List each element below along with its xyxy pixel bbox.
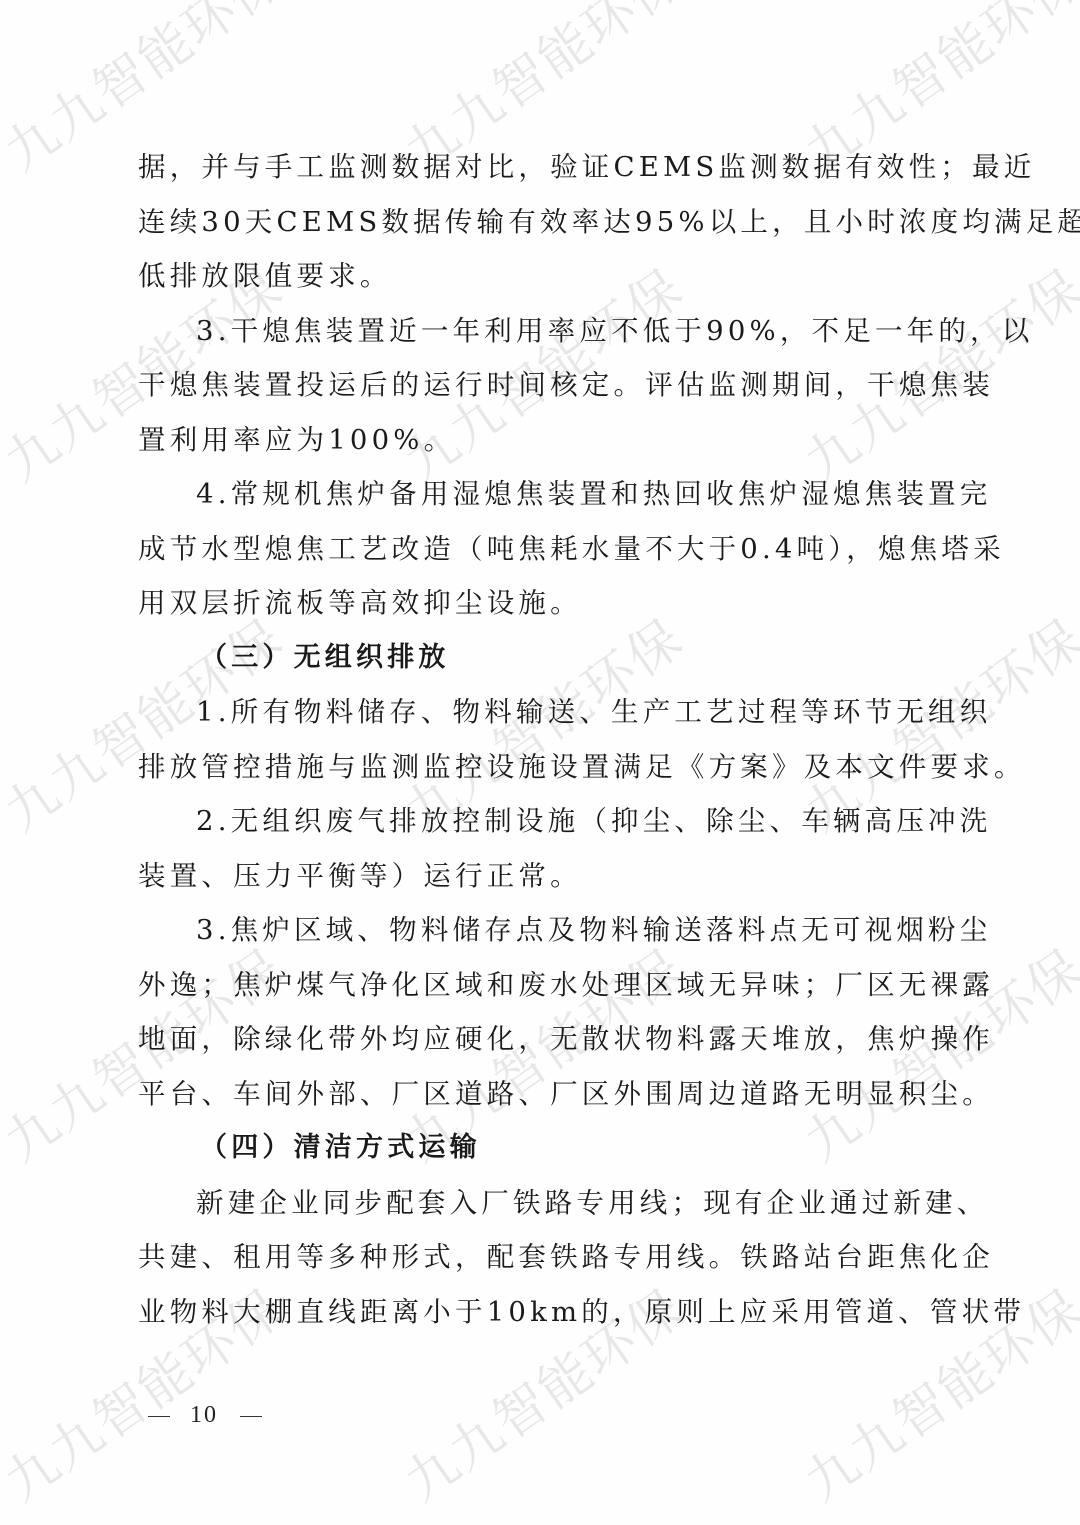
text-line: 置利用率应为100%。 (138, 413, 928, 468)
text-line: 据，并与手工监测数据对比，验证CEMS监测数据有效性；最近 (138, 140, 928, 195)
item-4-start: 4.常规机焦炉备用湿熄焦装置和热回收焦炉湿熄焦装置完 (138, 467, 928, 522)
text-line: 排放管控措施与监测监控设施设置满足《方案》及本文件要求。 (138, 740, 928, 795)
section-heading-3: （三）无组织排放 (138, 631, 928, 686)
page-number: 10 (148, 1402, 262, 1429)
section-heading-4: （四）清洁方式运输 (138, 1121, 928, 1176)
document-body: 据，并与手工监测数据对比，验证CEMS监测数据有效性；最近 连续30天CEMS数… (138, 140, 928, 1339)
page-number-value: 10 (190, 1402, 218, 1428)
item-2-start: 2.无组织废气排放控制设施（抑尘、除尘、车辆高压冲洗 (138, 794, 928, 849)
text-line: 干熄焦装置投运后的运行时间核定。评估监测期间，干熄焦装 (138, 358, 928, 413)
text-line: 业物料大棚直线距离小于10km的，原则上应采用管道、管状带 (138, 1285, 928, 1340)
document-page: 九九智能环保九九智能环保九九智能环保九九智能环保九九智能环保九九智能环保九九智能… (0, 0, 1080, 1525)
text-line: 连续30天CEMS数据传输有效率达95%以上，且小时浓度均满足超 (138, 195, 928, 250)
text-line: 外逸；焦炉煤气净化区域和废水处理区域无异味；厂区无裸露 (138, 958, 928, 1013)
text-line: 成节水型熄焦工艺改造（吨焦耗水量不大于0.4吨），熄焦塔采 (138, 522, 928, 577)
text-line: 地面，除绿化带外均应硬化，无散状物料露天堆放，焦炉操作 (138, 1012, 928, 1067)
dash-left (148, 1416, 170, 1418)
paragraph-start: 新建企业同步配套入厂铁路专用线；现有企业通过新建、 (138, 1176, 928, 1231)
text-line: 平台、车间外部、厂区道路、厂区外围周边道路无明显积尘。 (138, 1067, 928, 1122)
item-1-start: 1.所有物料储存、物料输送、生产工艺过程等环节无组织 (138, 685, 928, 740)
text-line: 共建、租用等多种形式，配套铁路专用线。铁路站台距焦化企 (138, 1230, 928, 1285)
text-line: 低排放限值要求。 (138, 249, 928, 304)
item-3-start: 3.焦炉区域、物料储存点及物料输送落料点无可视烟粉尘 (138, 903, 928, 958)
text-line: 用双层折流板等高效抑尘设施。 (138, 576, 928, 631)
text-line: 装置、压力平衡等）运行正常。 (138, 849, 928, 904)
dash-right (240, 1416, 262, 1418)
item-3-start: 3.干熄焦装置近一年利用率应不低于90%，不足一年的，以 (138, 304, 928, 359)
